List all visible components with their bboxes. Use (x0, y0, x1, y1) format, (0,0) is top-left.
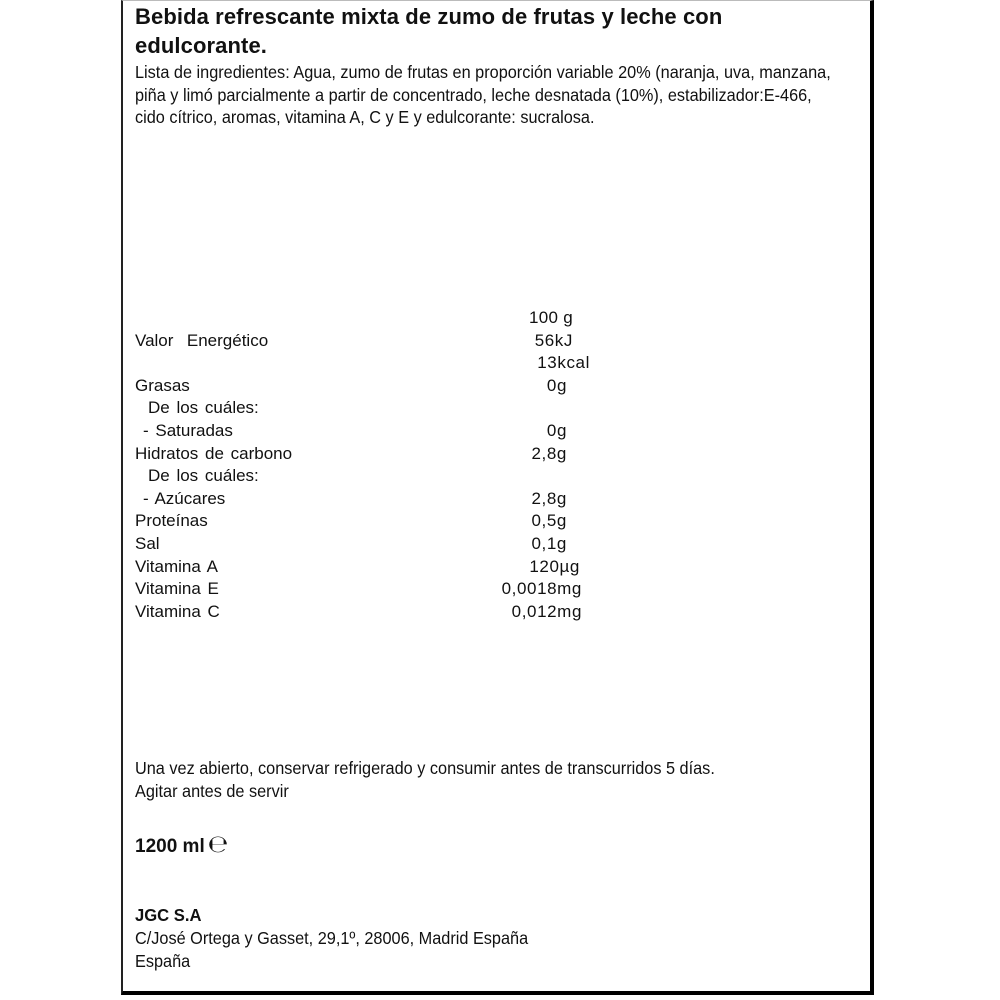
nutrient-label: - Azúcares (143, 488, 225, 511)
nutrition-row: De los cuáles: (135, 397, 615, 420)
net-quantity: 1200 ml ℮ (135, 832, 228, 859)
nutrient-value: 0,0018mg (382, 578, 582, 601)
nutrition-row: Sal0,1g (135, 533, 615, 556)
nutrient-value: 120µg (380, 556, 580, 579)
nutrition-header-row: 100 g (135, 307, 615, 330)
nutrient-value: 13kcal (390, 352, 590, 375)
nutrition-row: 13kcal (135, 352, 615, 375)
volume: 1200 ml (135, 835, 205, 859)
nutrient-label: - Saturadas (143, 420, 233, 443)
ingredients-list: Lista de ingredientes: Agua, zumo de fru… (135, 61, 842, 129)
nutrient-value: 2,8g (367, 488, 567, 511)
nutrition-row: Proteínas0,5g (135, 510, 615, 533)
company-info: JGC S.A C/José Ortega y Gasset, 29,1º, 2… (135, 904, 558, 973)
nutrient-value: 0,012mg (382, 601, 582, 624)
nutrient-label: Valor Energético (135, 330, 268, 353)
nutrition-row: Vitamina C0,012mg (135, 601, 615, 624)
nutrition-per-amount: 100 g (373, 307, 573, 330)
nutrition-row: Valor Energético56kJ (135, 330, 615, 353)
nutrition-row: Grasas0g (135, 375, 615, 398)
nutrition-row: Vitamina A120µg (135, 556, 615, 579)
nutrient-label: Hidratos de carbono (135, 443, 292, 466)
nutrition-row: Vitamina E0,0018mg (135, 578, 615, 601)
storage-instructions: Una vez abierto, conservar refrigerado y… (135, 757, 715, 803)
nutrition-row: De los cuáles: (135, 465, 615, 488)
nutrient-value: 2,8g (367, 443, 567, 466)
nutrition-rows: Valor Energético56kJ13kcalGrasas0gDe los… (135, 330, 615, 624)
estimated-sign-icon: ℮ (208, 832, 229, 856)
nutrient-label: Vitamina A (135, 556, 218, 579)
company-name: JGC S.A (135, 904, 537, 927)
nutrient-label: De los cuáles: (148, 397, 259, 420)
nutrition-row: - Saturadas0g (135, 420, 615, 443)
nutrition-table: 100 g Valor Energético56kJ13kcalGrasas0g… (135, 307, 615, 623)
nutrient-label: Proteínas (135, 510, 208, 533)
nutrient-value: 0,1g (367, 533, 567, 556)
nutrient-value: 0,5g (367, 510, 567, 533)
nutrition-row: Hidratos de carbono2,8g (135, 443, 615, 466)
shake-instruction: Agitar antes de servir (135, 780, 715, 803)
storage-line: Una vez abierto, conservar refrigerado y… (135, 757, 715, 780)
company-address: C/José Ortega y Gasset, 29,1º, 28006, Ma… (135, 927, 528, 950)
nutrient-label: De los cuáles: (148, 465, 259, 488)
product-title: Bebida refrescante mixta de zumo de frut… (135, 2, 835, 60)
nutrient-label: Vitamina E (135, 578, 219, 601)
nutrient-label: Vitamina C (135, 601, 220, 624)
nutrition-row: - Azúcares2,8g (135, 488, 615, 511)
nutrient-value: 0g (367, 420, 567, 443)
nutrient-value: 0g (367, 375, 567, 398)
nutrient-label: Sal (135, 533, 160, 556)
nutrient-label: Grasas (135, 375, 190, 398)
company-country: España (135, 950, 528, 973)
nutrient-value: 56kJ (373, 330, 573, 353)
